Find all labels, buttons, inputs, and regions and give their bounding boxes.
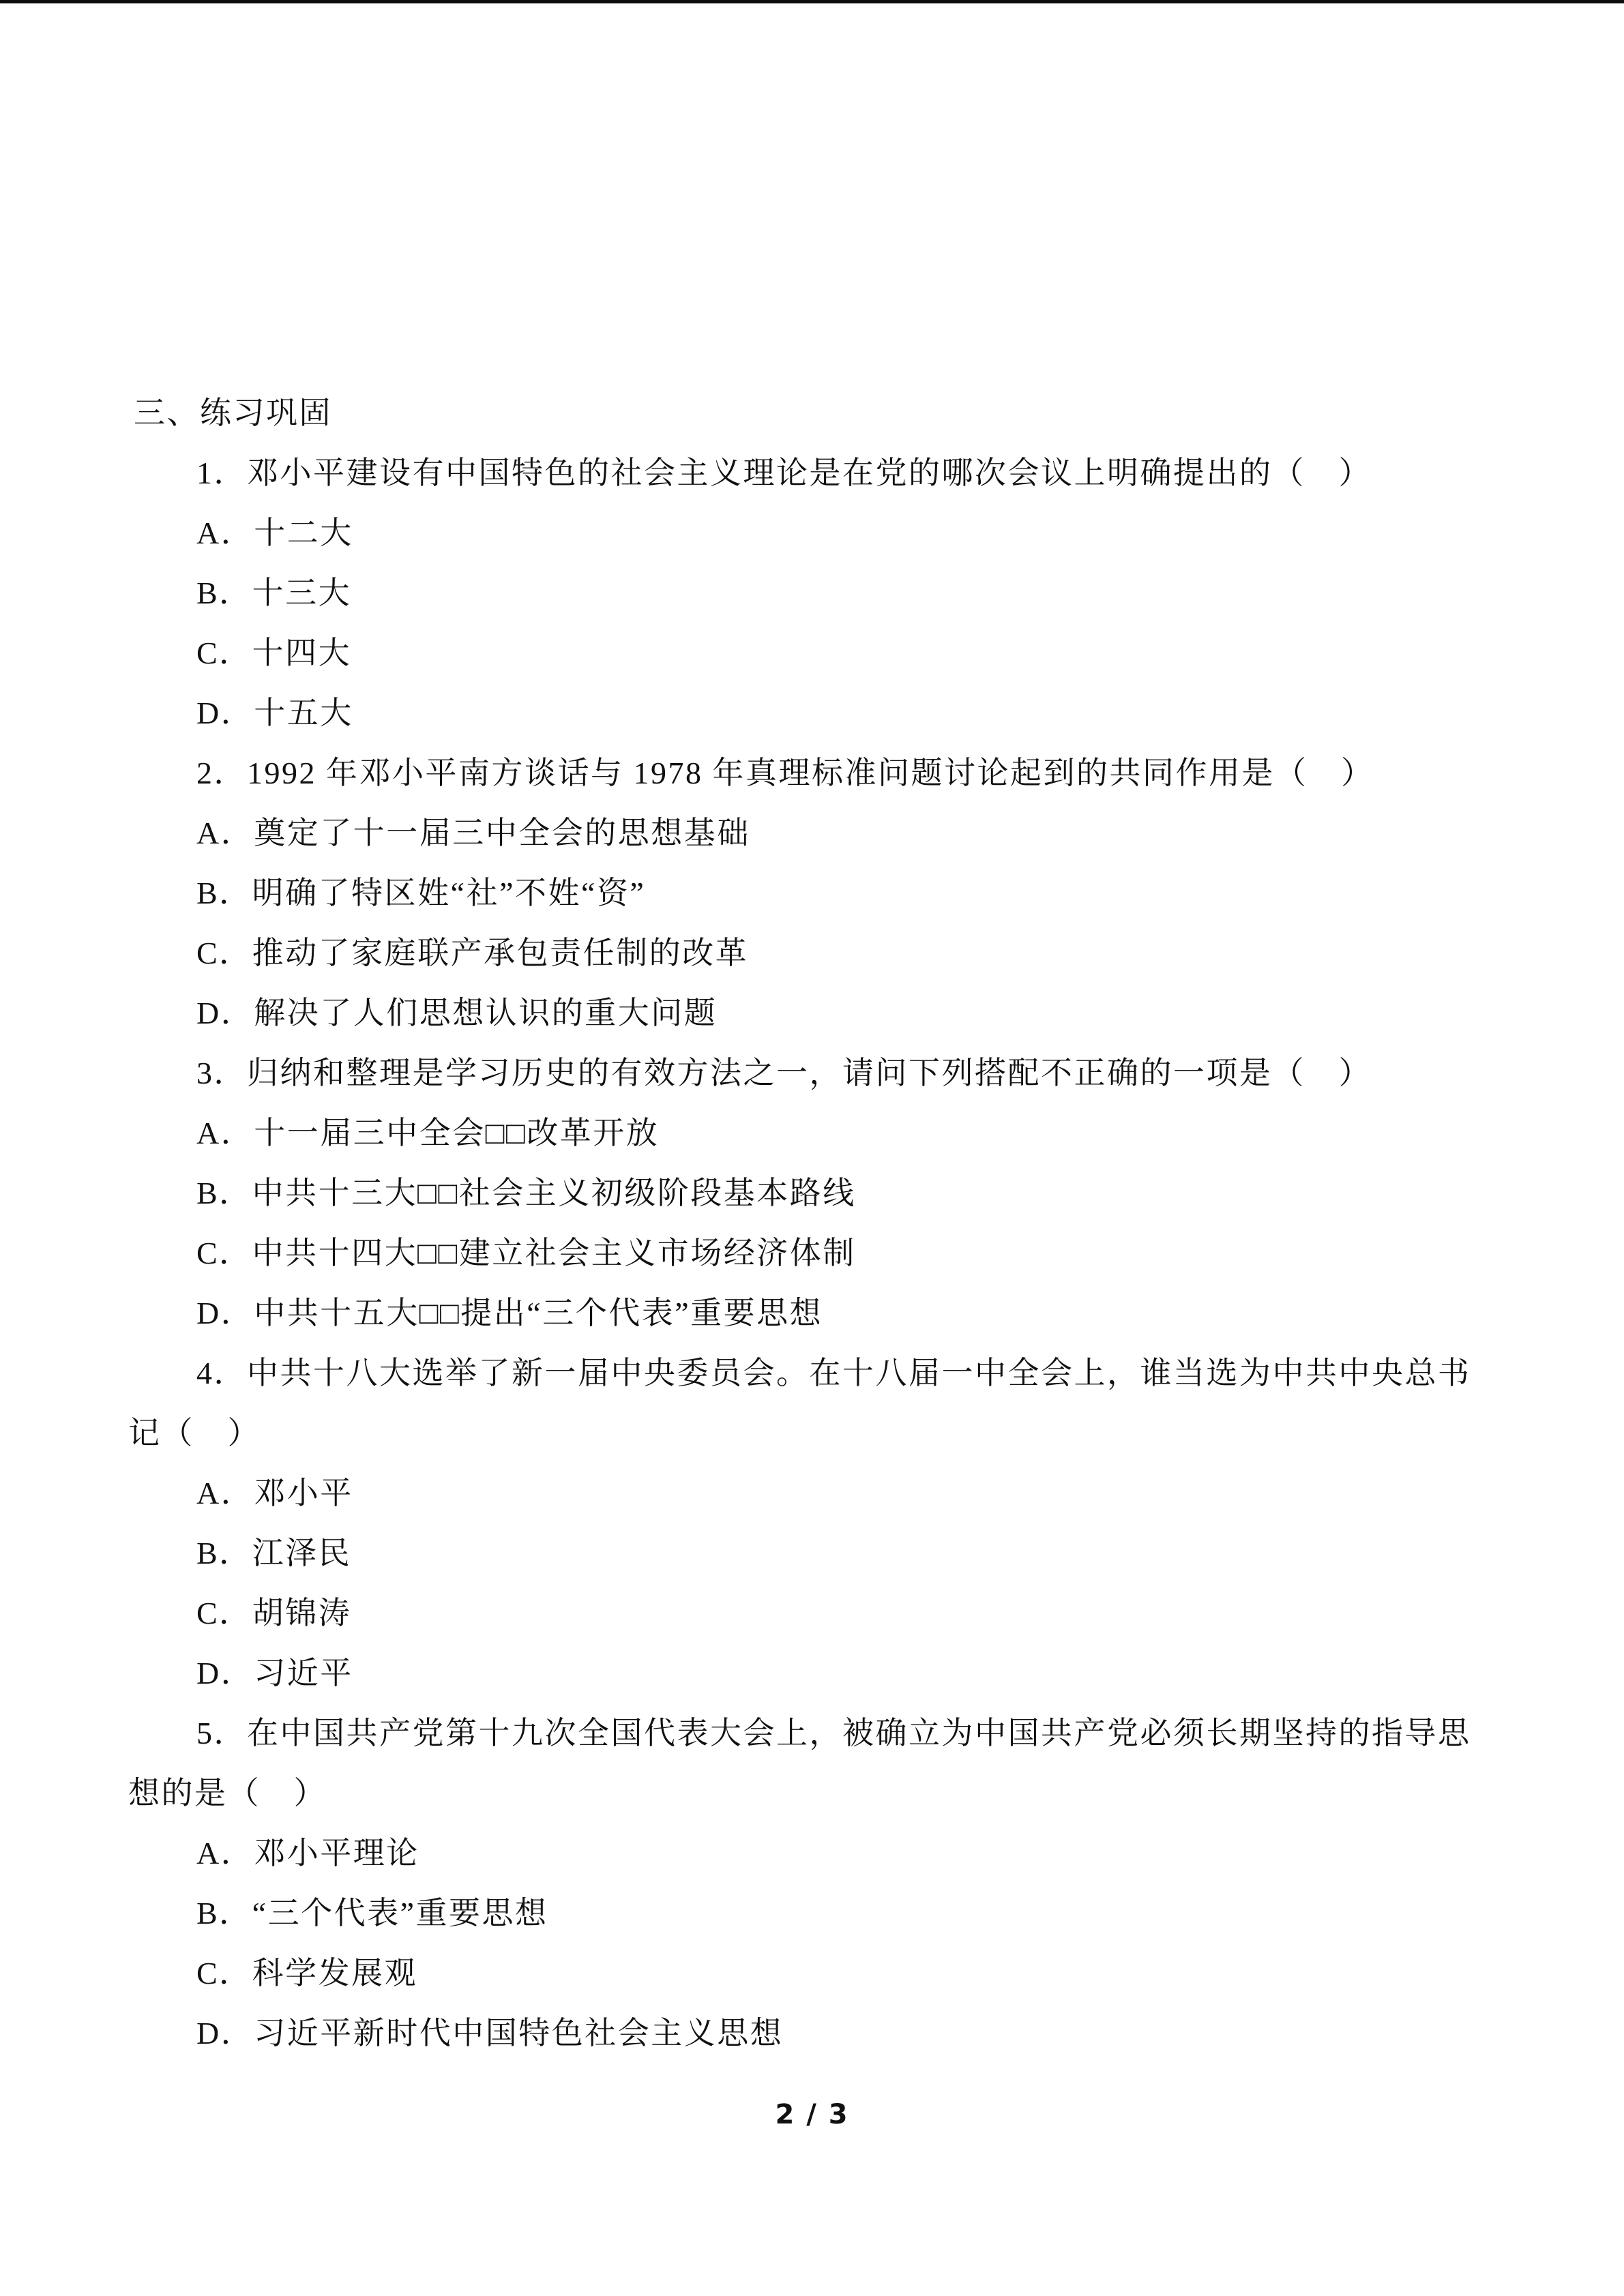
q4-stem-line2: 记（ ） (0, 1403, 1624, 1463)
q4-option-a: A．邓小平 (0, 1463, 1624, 1523)
q2-stem-line1: 2．1992 年邓小平南方谈话与 1978 年真理标准问题讨论起到的共同作用是（… (0, 743, 1624, 803)
q2-option-b: B．明确了特区姓“社”不姓“资” (0, 863, 1624, 923)
top-border-bar (0, 0, 1624, 3)
q4-stem-line1: 4．中共十八大选举了新一届中央委员会。在十八届一中全会上，谁当选为中共中央总书 (0, 1343, 1624, 1403)
page-number: 2 / 3 (0, 2099, 1624, 2130)
q2-option-c: C．推动了家庭联产承包责任制的改革 (0, 923, 1624, 983)
q5-option-a: A．邓小平理论 (0, 1823, 1624, 1883)
document-page: 三、练习巩固 1．邓小平建设有中国特色的社会主义理论是在党的哪次会议上明确提出的… (0, 0, 1624, 2296)
q4-option-b: B．江泽民 (0, 1523, 1624, 1583)
q3-option-a: A．十一届三中全会□□改革开放 (0, 1103, 1624, 1163)
q2-option-d: D．解决了人们思想认识的重大问题 (0, 983, 1624, 1043)
q5-stem-line2: 想的是（ ） (0, 1763, 1624, 1823)
q4-option-d: D．习近平 (0, 1643, 1624, 1703)
q2-option-a: A．奠定了十一届三中全会的思想基础 (0, 803, 1624, 863)
q3-stem-line1: 3．归纳和整理是学习历史的有效方法之一，请问下列搭配不正确的一项是（ ） (0, 1043, 1624, 1103)
q3-option-b: B．中共十三大□□社会主义初级阶段基本路线 (0, 1163, 1624, 1223)
q5-option-c: C．科学发展观 (0, 1943, 1624, 2003)
q3-option-d: D．中共十五大□□提出“三个代表”重要思想 (0, 1283, 1624, 1343)
worksheet-content: 三、练习巩固 1．邓小平建设有中国特色的社会主义理论是在党的哪次会议上明确提出的… (0, 383, 1624, 2063)
section-heading: 三、练习巩固 (0, 383, 1624, 443)
q5-stem-line1: 5．在中国共产党第十九次全国代表大会上，被确立为中国共产党必须长期坚持的指导思 (0, 1703, 1624, 1763)
q1-option-c: C．十四大 (0, 623, 1624, 683)
q4-option-c: C．胡锦涛 (0, 1583, 1624, 1643)
q1-option-d: D．十五大 (0, 683, 1624, 743)
q1-stem-line1: 1．邓小平建设有中国特色的社会主义理论是在党的哪次会议上明确提出的（ ） (0, 443, 1624, 503)
q5-option-b: B．“三个代表”重要思想 (0, 1883, 1624, 1943)
q1-option-a: A．十二大 (0, 503, 1624, 563)
q3-option-c: C．中共十四大□□建立社会主义市场经济体制 (0, 1223, 1624, 1283)
q1-option-b: B．十三大 (0, 563, 1624, 623)
q5-option-d: D．习近平新时代中国特色社会主义思想 (0, 2003, 1624, 2063)
